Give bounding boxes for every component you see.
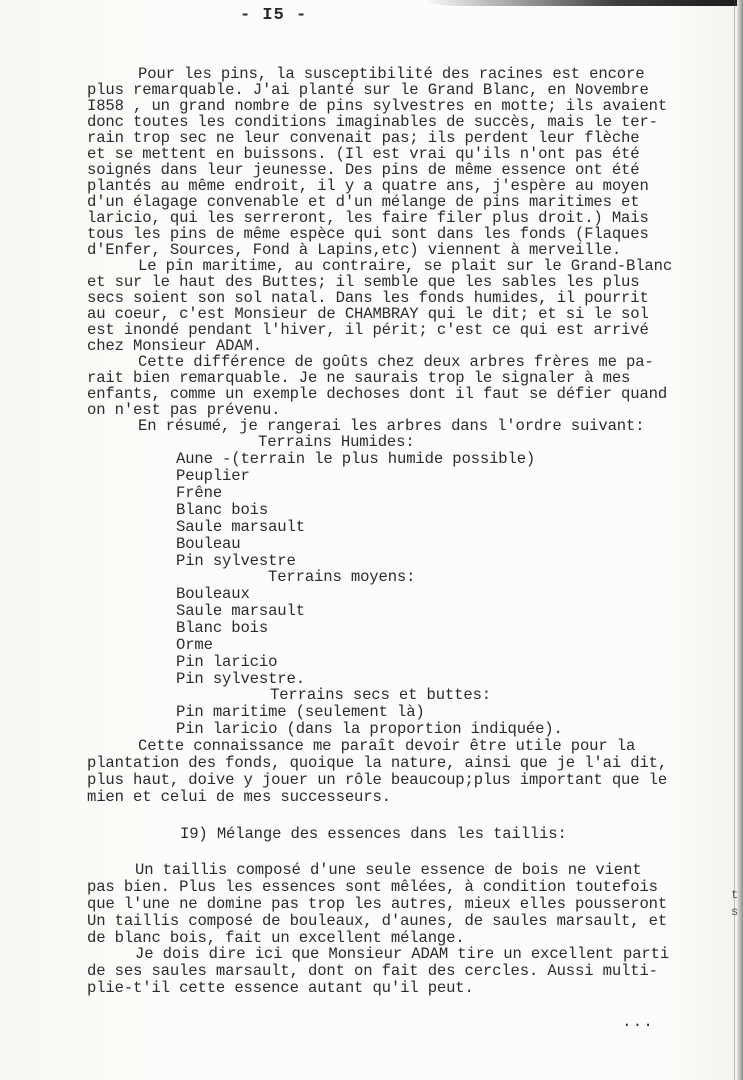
list-item: Blanc bois (176, 502, 268, 518)
list-item: Orme (176, 637, 213, 653)
paragraph-line: de blanc bois, fait un excellent mélange… (87, 930, 465, 946)
list-item: Bouleau (176, 536, 240, 552)
paragraph-line: au coeur, c'est Monsieur de CHAMBRAY qui… (87, 306, 649, 322)
continuation-marker: ... (622, 1013, 654, 1031)
paragraph-line: Cette connaissance me paraît devoir être… (138, 738, 635, 754)
list-item: Frêne (176, 485, 222, 501)
paragraph-line: rain trop sec ne leur convenait pas; ils… (87, 130, 639, 146)
paragraph-line: Cette différence de goûts chez deux arbr… (138, 354, 654, 370)
paragraph-line: d'un élagage convenable et d'un mélange … (87, 194, 639, 210)
list-item: Aune -(terrain le plus humide possible) (176, 451, 535, 467)
paragraph-line: d'Enfer, Sources, Fond à Lapins,etc) vie… (87, 242, 621, 258)
paragraph-line: Pour les pins, la susceptibilité des rac… (138, 66, 644, 82)
paragraph-line: pas bien. Plus les essences sont mêlées,… (87, 879, 658, 895)
list-heading-humides: Terrains Humides: (258, 434, 415, 450)
list-item: Saule marsault (176, 603, 305, 619)
list-item: Pin laricio (dans la proportion indiquée… (176, 721, 563, 737)
list-heading-moyens: Terrains moyens: (268, 569, 415, 585)
paragraph-line: En résumé, je rangerai les arbres dans l… (138, 418, 644, 434)
paragraph-line: Le pin maritime, au contraire, se plait … (138, 258, 672, 274)
paragraph-line: plantés au même endroit, il y a quatre a… (87, 178, 649, 194)
list-item: Pin maritime (seulement là) (176, 704, 425, 720)
list-item: Pin laricio (176, 654, 277, 670)
list-item: Bouleaux (176, 586, 250, 602)
list-item: Saule marsault (176, 519, 305, 535)
paragraph-line: que l'une ne domine pas trop les autres,… (87, 896, 667, 912)
paragraph-line: secs soient son sol natal. Dans les fond… (87, 290, 649, 306)
list-item: Blanc bois (176, 620, 268, 636)
document-page: - I5 - Pour les pins, la susceptibilité … (0, 0, 743, 1080)
paragraph-line: plus haut, doive y jouer un rôle beaucou… (87, 772, 667, 788)
paragraph-line: et se mettent en buissons. (Il est vrai … (87, 146, 639, 162)
page-edge-shadow (423, 0, 743, 6)
list-item: Pin sylvestre (176, 553, 296, 569)
paragraph-line: Un taillis composé de bouleaux, d'aunes,… (87, 913, 667, 929)
list-item: Pin sylvestre. (176, 671, 305, 687)
paragraph-line: enfants, comme un exemple dechoses dont … (87, 386, 667, 402)
paragraph-line: est inondé pendant l'hiver, il périt; c'… (87, 322, 649, 338)
paragraph-line: I858 , un grand nombre de pins sylvestre… (87, 98, 667, 114)
paragraph-line: rait bien remarquable. Je ne saurais tro… (87, 370, 630, 386)
margin-note: s (731, 905, 738, 919)
section-heading: I9) Mélange des essences dans les tailli… (180, 826, 567, 842)
paragraph-line: tous les pins de même espèce qui sont da… (87, 226, 649, 242)
margin-note: t (731, 888, 738, 902)
paragraph-line: et sur le haut des Buttes; il semble que… (87, 274, 639, 290)
paragraph-line: de ses saules marsault, dont on fait des… (87, 963, 658, 979)
page-number: - I5 - (240, 6, 307, 25)
paragraph-line: soignés dans leur jeunesse. Des pins de … (87, 162, 639, 178)
paragraph-line: chez Monsieur ADAM. (87, 338, 262, 354)
paragraph-line: plus remarquable. J'ai planté sur le Gra… (87, 82, 649, 98)
paragraph-line: mien et celui de mes successeurs. (87, 789, 391, 805)
paragraph-line: donc toutes les conditions imaginables d… (87, 114, 658, 130)
paragraph-line: on n'est pas prévenu. (87, 402, 280, 418)
paragraph-line: Un taillis composé d'une seule essence d… (135, 862, 641, 878)
paragraph-line: Je dois dire ici que Monsieur ADAM tire … (135, 946, 669, 962)
paragraph-line: laricio, qui les serreront, les faire fi… (87, 210, 649, 226)
paragraph-line: plantation des fonds, quoique la nature,… (87, 755, 667, 771)
paragraph-line: plie-t'il cette essence autant qu'il peu… (87, 980, 474, 996)
list-heading-secs: Terrains secs et buttes: (270, 687, 491, 703)
list-item: Peuplier (176, 468, 250, 484)
